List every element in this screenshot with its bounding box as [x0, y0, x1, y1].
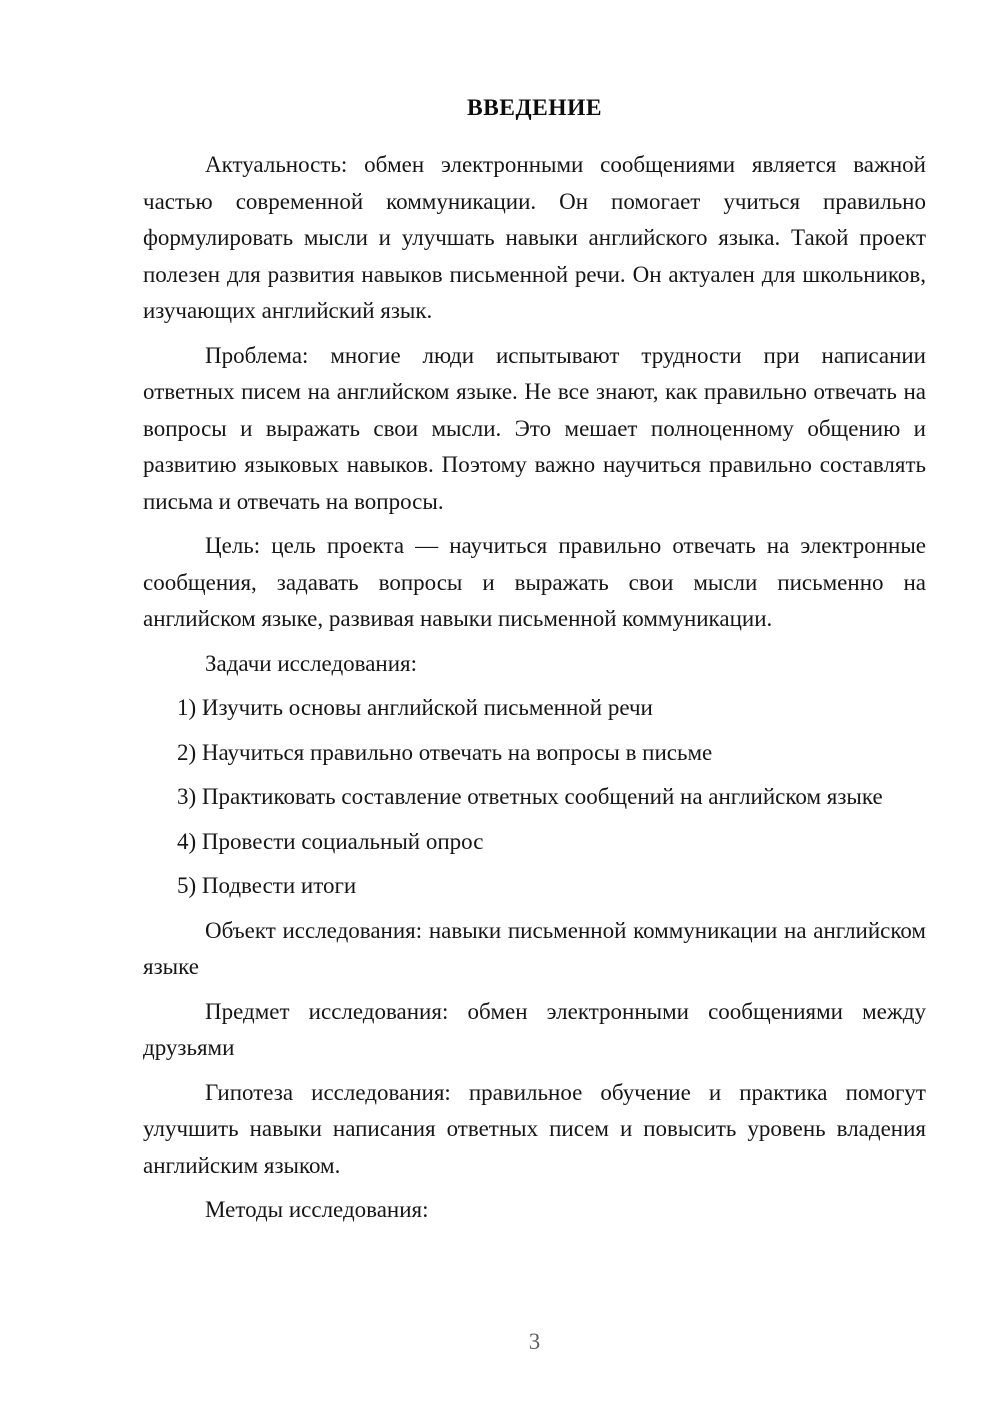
task-item-2: 2) Научиться правильно отвечать на вопро…	[143, 735, 926, 772]
task-item-5: 5) Подвести итоги	[143, 868, 926, 905]
page-title: ВВЕДЕНИЕ	[143, 94, 926, 122]
paragraph-object: Объект исследования: навыки письменной к…	[143, 913, 926, 986]
tasks-label: Задачи исследования:	[143, 646, 926, 683]
methods-label: Методы исследования:	[143, 1192, 926, 1229]
paragraph-hypothesis: Гипотеза исследования: правильное обучен…	[143, 1075, 926, 1185]
document-page: ВВЕДЕНИЕ Актуальность: обмен электронным…	[0, 0, 1000, 1414]
paragraph-problem: Проблема: многие люди испытывают труднос…	[143, 338, 926, 521]
task-item-3: 3) Практиковать составление ответных соо…	[143, 779, 926, 816]
paragraph-subject: Предмет исследования: обмен электронными…	[143, 994, 926, 1067]
paragraph-relevance: Актуальность: обмен электронными сообщен…	[143, 147, 926, 330]
task-item-1: 1) Изучить основы английской письменной …	[143, 690, 926, 727]
task-item-4: 4) Провести социальный опрос	[143, 824, 926, 861]
paragraph-goal: Цель: цель проекта — научиться правильно…	[143, 528, 926, 638]
page-number: 3	[143, 1327, 926, 1357]
